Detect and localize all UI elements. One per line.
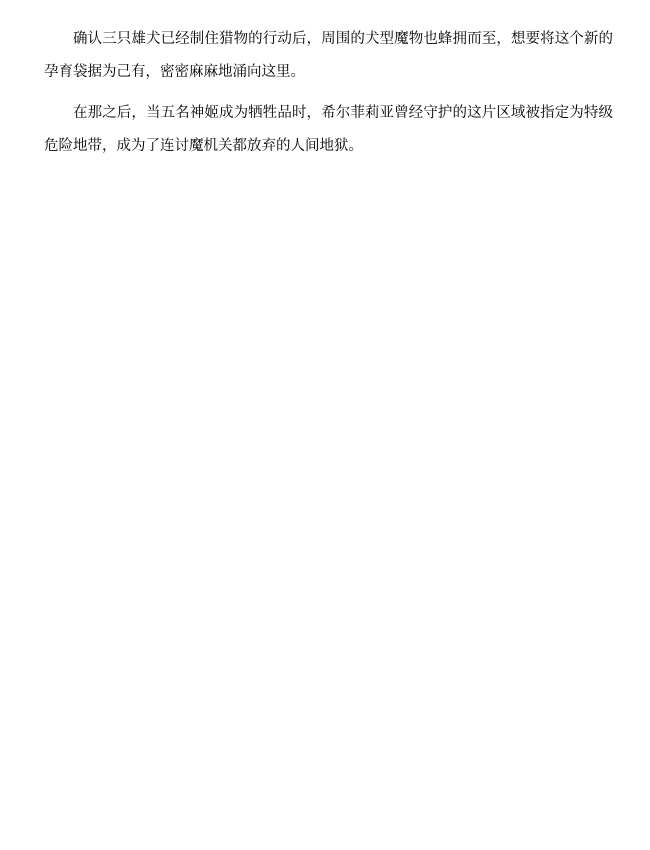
paragraph-1: 确认三只雄犬已经制住猎物的行动后，周围的犬型魔物也蜂拥而至，想要将这个新的孕育袋… bbox=[44, 23, 613, 89]
paragraph-2: 在那之后，当五名神姬成为牺牲品时，希尔菲莉亚曾经守护的这片区域被指定为特级危险地… bbox=[44, 97, 613, 163]
document-page: 确认三只雄犬已经制住猎物的行动后，周围的犬型魔物也蜂拥而至，想要将这个新的孕育袋… bbox=[0, 0, 650, 850]
